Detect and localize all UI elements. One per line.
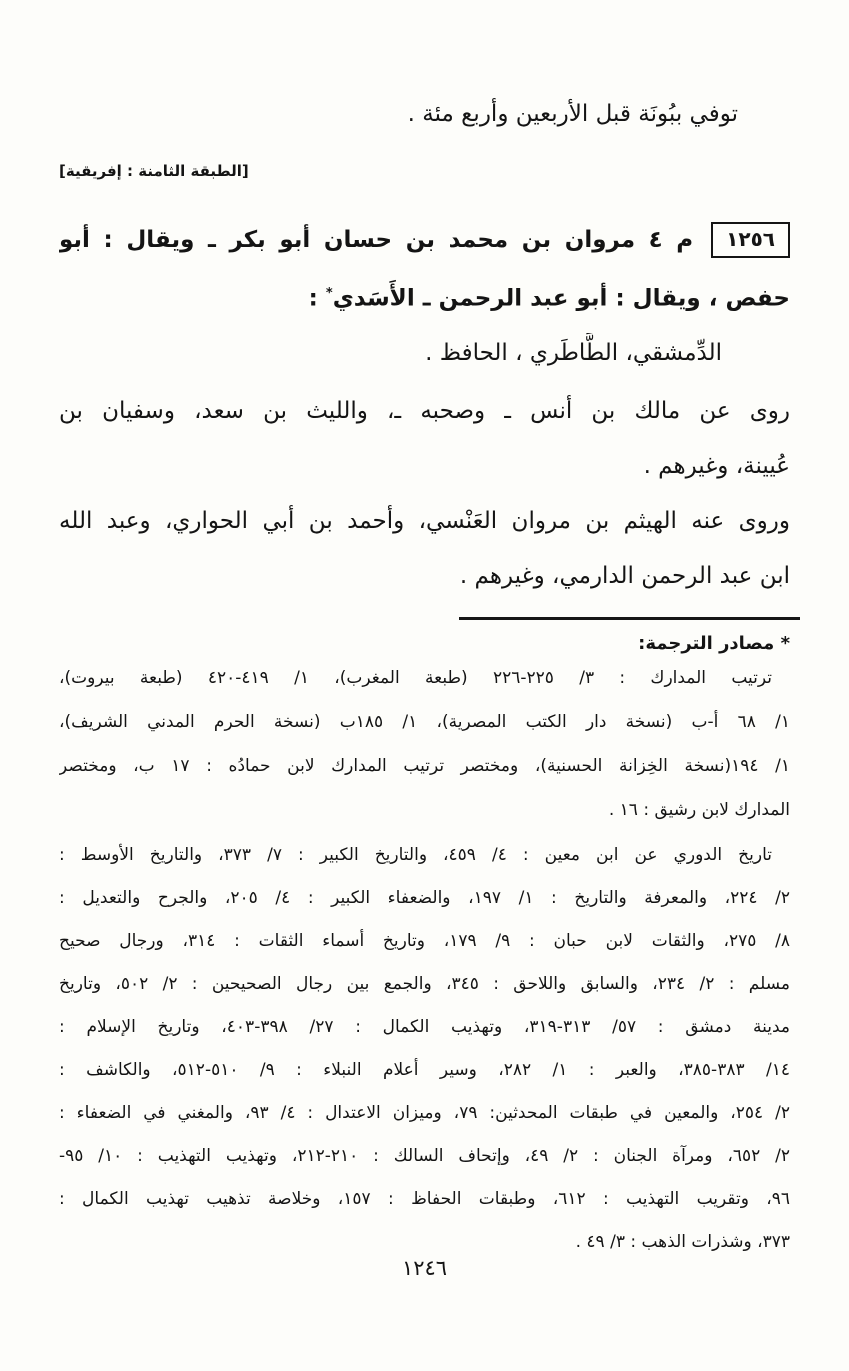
entry-headline-line2: حفص ، ويقال : أبو عبد الرحمن ـ الأَسَدي*… [59, 274, 790, 318]
footnote-line: المدارك لابن رشيق : ١٦ . [59, 795, 790, 827]
footnote-line: تاريخ الدوري عن ابن معين : ٤/ ٤٥٩، والتا… [59, 840, 790, 872]
footnote-line: ترتيب المدارك : ٣/ ٢٢٥-٢٢٦ (طبعة المغرب)… [59, 663, 790, 695]
entry-sigla: م ٤ [649, 227, 694, 253]
entry-kunya-text: حفص ، ويقال : أبو عبد الرحمن ـ الأَسَدي [333, 286, 790, 312]
footnote-sources-title: * مصادر الترجمة: [59, 629, 790, 659]
entry-headline-line1: ١٢٥٦ م ٤ مروان بن محمد بن حسان أبو بكر ـ… [59, 216, 790, 264]
entry-headline-text: م ٤ مروان بن محمد بن حسان أبو بكر ـ ويقا… [59, 220, 693, 260]
footnote-line: مسلم : ٢/ ٢٣٤، والسابق واللاحق : ٣٤٥، وا… [59, 969, 790, 1001]
footnote-line: ٢/ ٢٢٤، والمعرفة والتاريخ : ١/ ١٩٧، والض… [59, 883, 790, 915]
footnote-line: ٨/ ٢٧٥، والثقات لابن حبان : ٩/ ١٧٩، وتار… [59, 926, 790, 958]
death-note-line: توفي ببُونَة قبل الأربعين وأربع مئة . [59, 94, 790, 138]
entry-headline-name: مروان بن محمد بن حسان أبو بكر ـ ويقال : … [59, 227, 635, 253]
footnote-line: ١/ ٦٨ أ-ب (نسخة دار الكتب المصرية)، ١/ ١… [59, 707, 790, 739]
narrated-from-line-1: روى عن مالك بن أنس ـ وصحبه ـ، والليث بن … [59, 391, 790, 435]
book-page: توفي ببُونَة قبل الأربعين وأربع مئة . [ا… [0, 0, 849, 1371]
footnote-line: ١/ ١٩٤(نسخة الخِزانة الحسنية)، ومختصر تر… [59, 751, 790, 783]
footnote-line: ٢/ ٦٥٢، ومرآة الجنان : ٢/ ٤٩، وإتحاف الس… [59, 1141, 790, 1173]
footnote-divider-rule [459, 617, 800, 620]
footnote-line: مدينة دمشق : ٥٧/ ٣١٣-٣١٩، وتهذيب الكمال … [59, 1012, 790, 1044]
nisba-line: الدِّمشقي، الطَّاطَري ، الحافظ . [59, 333, 790, 377]
entry-headline-colon: : [309, 286, 318, 312]
narrated-by-line-2: ابن عبد الرحمن الدارمي، وغيرهم . [59, 556, 790, 600]
entry-number-box: ١٢٥٦ [711, 222, 790, 258]
tabaqa-section-label: [الطبقة الثامنة : إفريقية] [59, 158, 790, 184]
footnote-reference-asterisk: * [326, 286, 333, 301]
narrated-from-line-2: عُيينة، وغيرهم . [59, 446, 790, 490]
footnote-line: ١٤/ ٣٨٣-٣٨٥، والعبر : ١/ ٢٨٢، وسير أعلام… [59, 1055, 790, 1087]
narrated-by-line-1: وروى عنه الهيثم بن مروان العَنْسي، وأحمد… [59, 501, 790, 545]
footnote-line: ٢/ ٢٥٤، والمعين في طبقات المحدثين: ٧٩، و… [59, 1098, 790, 1130]
page-number: ١٢٤٦ [59, 1251, 790, 1285]
entry-number: ١٢٥٦ [726, 227, 775, 251]
footnote-line: ٩٦، وتقريب التهذيب : ٦١٢، وطبقات الحفاظ … [59, 1184, 790, 1216]
